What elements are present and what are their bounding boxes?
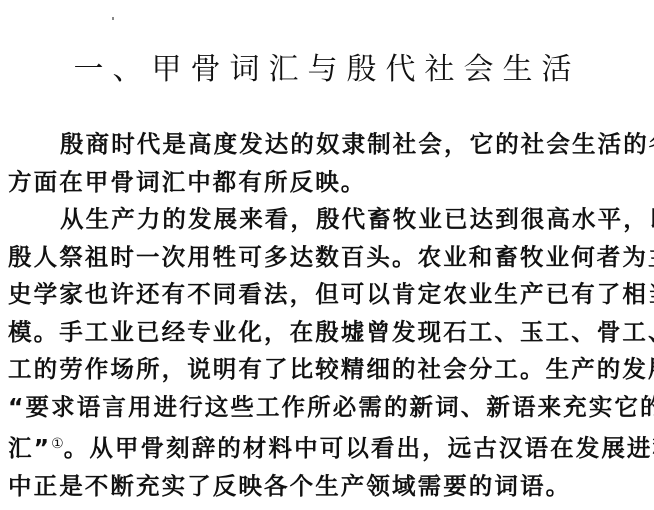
text-line: 模。手工业已经专业化，在殷墟曾发现石工、玉工、骨工、铜 — [8, 314, 648, 352]
text-line-with-footnote: 汇”①。从甲骨刻辞的材料中可以看出，远古汉语在发展进程 — [8, 426, 648, 468]
text-line: 从生产力的发展来看，殷代畜牧业已达到很高水平，以至 — [8, 201, 648, 239]
text-line: 方面在甲骨词汇中都有所反映。 — [8, 164, 648, 202]
text-line: 史学家也许还有不同看法，但可以肯定农业生产已有了相当规 — [8, 276, 648, 314]
text-fragment: 。从甲骨刻辞的材料中可以看出，远古汉语在发展进程 — [64, 434, 654, 462]
text-line: “要求语言用进行这些工作所必需的新词、新语来充实它的词 — [8, 389, 648, 427]
paragraph-2: 从生产力的发展来看，殷代畜牧业已达到很高水平，以至 殷人祭祖时一次用牲可多达数百… — [8, 201, 648, 505]
section-title: 一、甲骨词汇与殷代社会生活 — [0, 50, 654, 90]
footnote-marker[interactable]: ① — [51, 436, 64, 452]
text-line: 殷商时代是高度发达的奴隶制社会，它的社会生活的各个 — [8, 126, 648, 164]
scan-speck — [112, 17, 114, 20]
text-line: 工的劳作场所，说明有了比较精细的社会分工。生产的发展， — [8, 351, 648, 389]
text-line: 中正是不断充实了反映各个生产领域需要的词语。 — [8, 468, 648, 506]
document-page: 一、甲骨词汇与殷代社会生活 殷商时代是高度发达的奴隶制社会，它的社会生活的各个 … — [0, 0, 654, 510]
text-line: 殷人祭祖时一次用牲可多达数百头。农业和畜牧业何者为主， — [8, 239, 648, 277]
text-fragment: 汇” — [8, 434, 51, 462]
paragraph-1: 殷商时代是高度发达的奴隶制社会，它的社会生活的各个 方面在甲骨词汇中都有所反映。 — [8, 126, 648, 201]
body-text: 殷商时代是高度发达的奴隶制社会，它的社会生活的各个 方面在甲骨词汇中都有所反映。… — [8, 126, 648, 505]
